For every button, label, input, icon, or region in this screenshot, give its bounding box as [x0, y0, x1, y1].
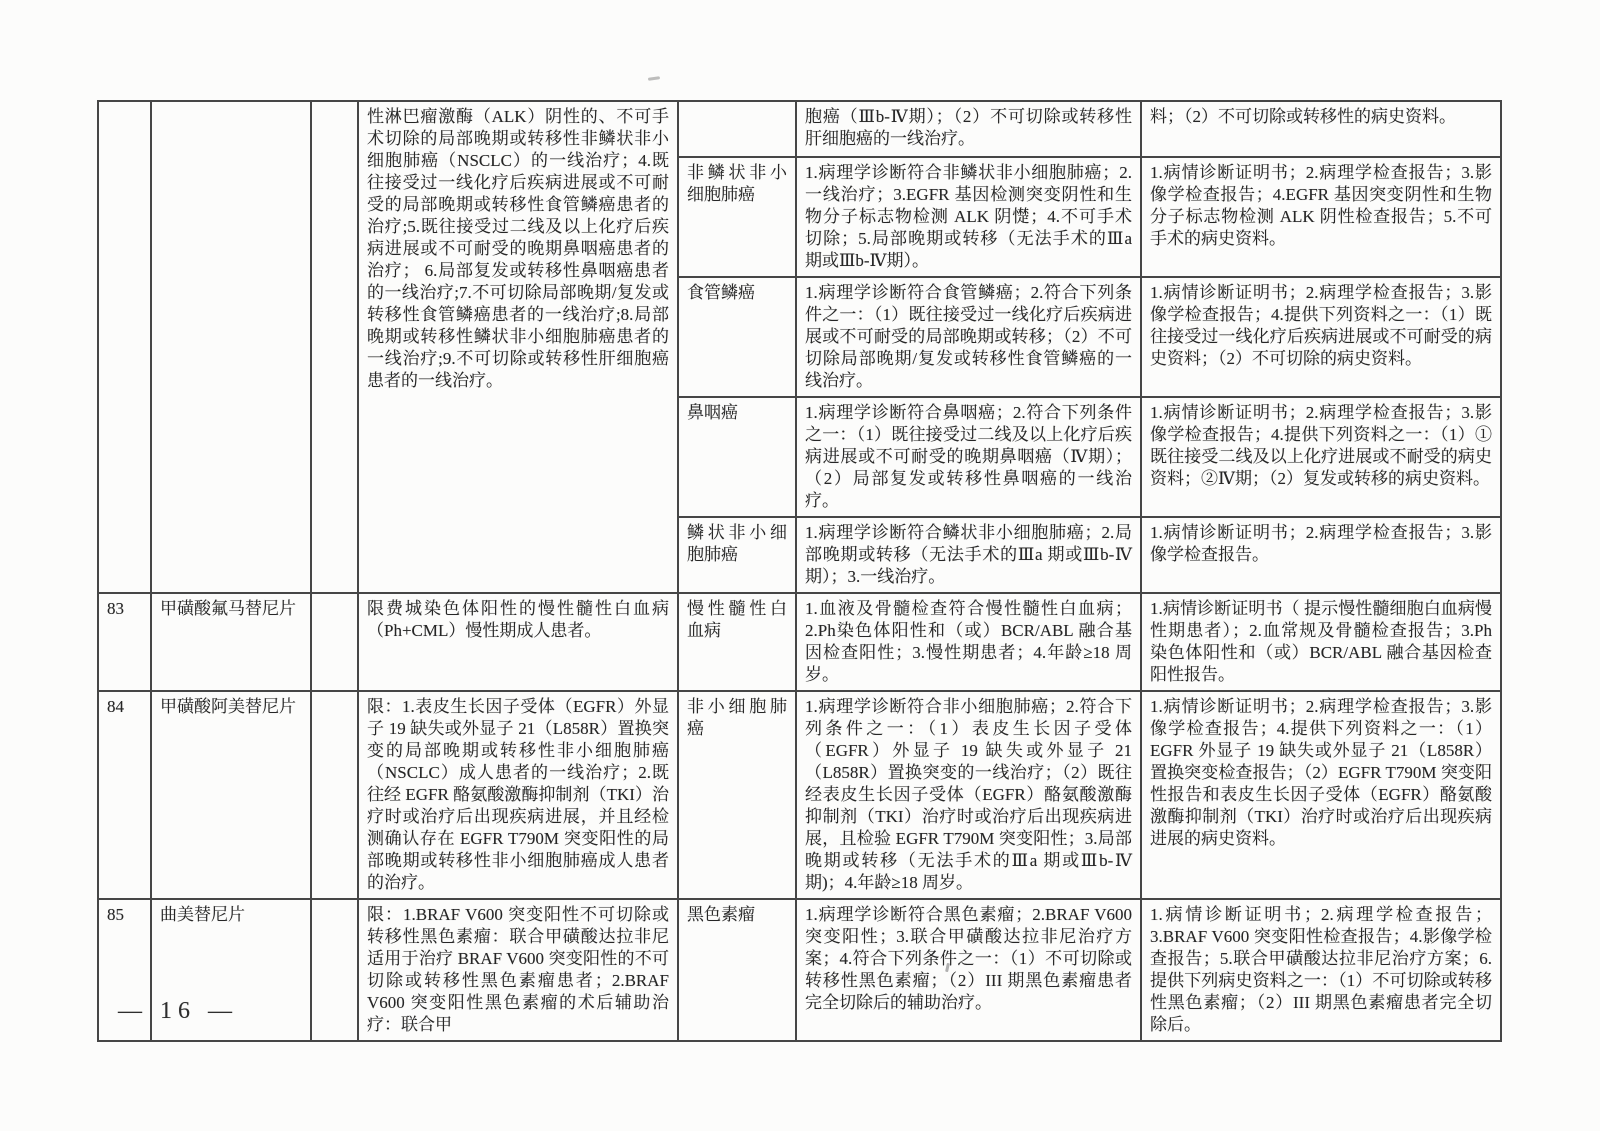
drug-name-cell [151, 101, 311, 593]
restriction-cell: 限：1.BRAF V600 突变阳性不可切除或转移性黑色素瘤：联合甲磺酸达拉非尼… [358, 899, 678, 1041]
drug-name-cell: 甲磺酸氟马替尼片 [151, 593, 311, 691]
drug-row-84: 84 甲磺酸阿美替尼片 限：1.表皮生长因子受体（EGFR）外显子 19 缺失或… [98, 691, 1501, 899]
drug-restriction-table: 性淋巴瘤激酶（ALK）阴性的、不可手术切除的局部晚期或转移性非鳞状非小细胞肺癌（… [97, 100, 1502, 1042]
materials-cell: 1.病情诊断证明书；2.病理学检查报告；3.影像学检查报告；4.EGFR 基因突… [1141, 157, 1501, 277]
empty-cell [311, 691, 358, 899]
indication-cell: 鼻咽癌 [678, 397, 796, 517]
empty-cell [311, 593, 358, 691]
indication-cell: 鳞状非小细胞肺癌 [678, 517, 796, 593]
indication-cell [678, 101, 796, 157]
materials-cell: 1.病情诊断证明书；2.病理学检查报告；3.BRAF V600 突变阳性检查报告… [1141, 899, 1501, 1041]
criteria-cell: 1.病理学诊断符合鳞状非小细胞肺癌；2.局部晚期或转移（无法手术的Ⅲa 期或Ⅲb… [796, 517, 1141, 593]
indication-cell: 黑色素瘤 [678, 899, 796, 1041]
materials-cell: 1.病情诊断证明书（ 提示慢性髓细胞白血病慢性期患者）；2.血常规及骨髓检查报告… [1141, 593, 1501, 691]
row-number-cell: 84 [98, 691, 151, 899]
empty-cell [311, 101, 358, 593]
materials-cell: 料；（2）不可切除或转移性的病史资料。 [1141, 101, 1501, 157]
materials-cell: 1.病情诊断证明书；2.病理学检查报告；3.影像学检查报告；4.提供下列资料之一… [1141, 277, 1501, 397]
criteria-cell: 1.血液及骨髓检查符合慢性髓性白血病；2.Ph染色体阳性和（或）BCR/ABL … [796, 593, 1141, 691]
scanned-document-sheet: 性淋巴瘤激酶（ALK）阴性的、不可手术切除的局部晚期或转移性非鳞状非小细胞肺癌（… [0, 0, 1600, 1131]
restriction-cell: 性淋巴瘤激酶（ALK）阴性的、不可手术切除的局部晚期或转移性非鳞状非小细胞肺癌（… [358, 101, 678, 593]
scan-speck [648, 76, 660, 81]
indication-cell: 食管鳞癌 [678, 277, 796, 397]
continuation-row: 性淋巴瘤激酶（ALK）阴性的、不可手术切除的局部晚期或转移性非鳞状非小细胞肺癌（… [98, 101, 1501, 157]
criteria-cell: 1.病理学诊断符合非小细胞肺癌；2.符合下列条件之一：（1）表皮生长因子受体（E… [796, 691, 1141, 899]
row-number-cell: 83 [98, 593, 151, 691]
row-number-cell [98, 101, 151, 593]
criteria-cell: 1.病理学诊断符合鼻咽癌；2.符合下列条件之一：（1）既往接受过二线及以上化疗后… [796, 397, 1141, 517]
indication-cell: 慢性髓性白血病 [678, 593, 796, 691]
empty-cell [311, 899, 358, 1041]
restriction-cell: 限费城染色体阳性的慢性髓性白血病（Ph+CML）慢性期成人患者。 [358, 593, 678, 691]
page-number: — 16 — [118, 998, 238, 1025]
criteria-cell: 1.病理学诊断符合食管鳞癌；2.符合下列条件之一：（1）既往接受过一线化疗后疾病… [796, 277, 1141, 397]
criteria-cell: 胞癌（Ⅲb-Ⅳ期）；（2）不可切除或转移性肝细胞癌的一线治疗。 [796, 101, 1141, 157]
materials-cell: 1.病情诊断证明书；2.病理学检查报告；3.影像学检查报告。 [1141, 517, 1501, 593]
drug-row-83: 83 甲磺酸氟马替尼片 限费城染色体阳性的慢性髓性白血病（Ph+CML）慢性期成… [98, 593, 1501, 691]
criteria-cell: 1.病理学诊断符合黑色素瘤；2.BRAF V600 突变阳性；3.联合甲磺酸达拉… [796, 899, 1141, 1041]
indication-cell: 非鳞状非小细胞肺癌 [678, 157, 796, 277]
criteria-cell: 1.病理学诊断符合非鳞状非小细胞肺癌；2.一线治疗；3.EGFR 基因检测突变阴… [796, 157, 1141, 277]
materials-cell: 1.病情诊断证明书；2.病理学检查报告；3.影像学检查报告；4.提供下列资料之一… [1141, 691, 1501, 899]
restriction-cell: 限：1.表皮生长因子受体（EGFR）外显子 19 缺失或外显子 21（L858R… [358, 691, 678, 899]
drug-name-cell: 甲磺酸阿美替尼片 [151, 691, 311, 899]
materials-cell: 1.病情诊断证明书；2.病理学检查报告；3.影像学检查报告；4.提供下列资料之一… [1141, 397, 1501, 517]
indication-cell: 非小细胞肺癌 [678, 691, 796, 899]
drug-row-85: 85 曲美替尼片 限：1.BRAF V600 突变阳性不可切除或转移性黑色素瘤：… [98, 899, 1501, 1041]
